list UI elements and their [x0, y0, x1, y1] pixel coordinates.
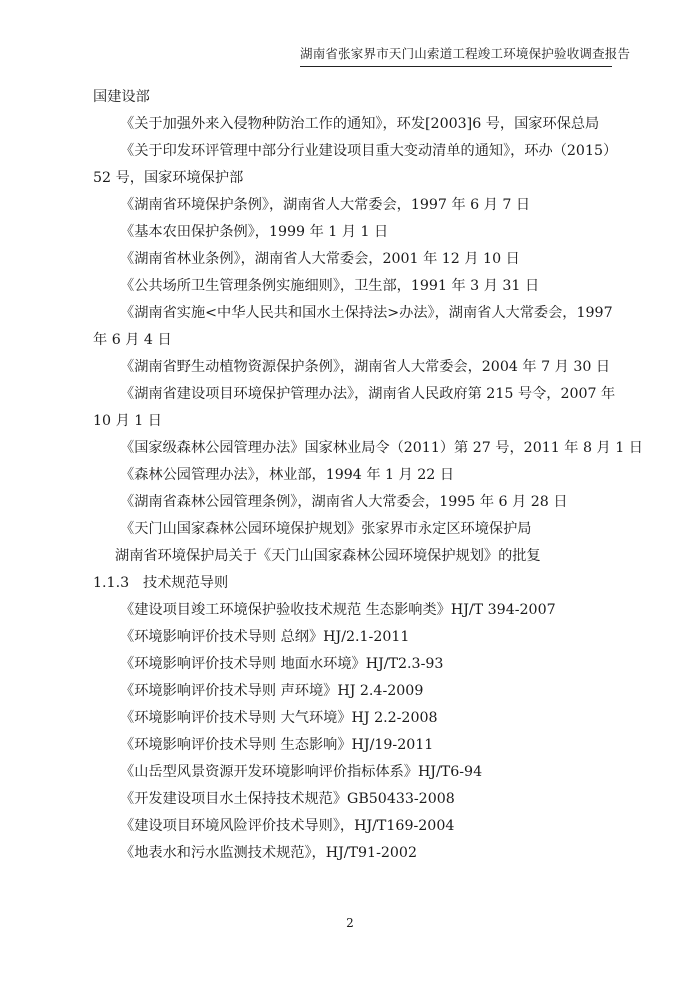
standard-item: 《环境影响评价技术导则 地面水环境》HJ/T2.3-93	[93, 651, 613, 678]
text-line: 《公共场所卫生管理条例实施细则》，卫生部，1991 年 3 月 31 日	[93, 273, 613, 300]
text-line: 《森林公园管理办法》，林业部，1994 年 1 月 22 日	[93, 462, 613, 489]
text-line: 《湖南省建设项目环境保护管理办法》，湖南省人民政府第 215 号令，2007 年	[93, 381, 613, 408]
standard-item: 《山岳型风景资源开发环境影响评价指标体系》HJ/T6-94	[93, 759, 613, 786]
text-line: 湖南省环境保护局关于《天门山国家森林公园环境保护规划》的批复	[93, 543, 613, 570]
standard-item: 《开发建设项目水土保持技术规范》GB50433-2008	[93, 786, 613, 813]
standard-item: 《建设项目环境风险评价技术导则》，HJ/T169-2004	[93, 813, 613, 840]
document-body: 国建设部 《关于加强外来入侵物种防治工作的通知》，环发[2003]6 号，国家环…	[93, 84, 613, 867]
text-line: 年 6 月 4 日	[93, 327, 613, 354]
text-line: 10 月 1 日	[93, 408, 613, 435]
section-title: 技术规范导则	[143, 570, 228, 597]
text-line: 《国家级森林公园管理办法》国家林业局令（2011）第 27 号，2011 年 8…	[93, 435, 613, 462]
text-line: 《湖南省环境保护条例》，湖南省人大常委会，1997 年 6 月 7 日	[93, 192, 613, 219]
text-line: 《关于加强外来入侵物种防治工作的通知》，环发[2003]6 号，国家环保总局	[93, 111, 613, 138]
section-heading: 1.1.3 技术规范导则	[93, 570, 613, 597]
page-number: 2	[0, 916, 700, 930]
standard-item: 《建设项目竣工环境保护验收技术规范 生态影响类》HJ/T 394-2007	[93, 597, 613, 624]
standard-item: 《环境影响评价技术导则 大气环境》HJ 2.2-2008	[93, 705, 613, 732]
text-line: 《基本农田保护条例》，1999 年 1 月 1 日	[93, 219, 613, 246]
section-number: 1.1.3	[93, 570, 143, 597]
standard-item: 《环境影响评价技术导则 生态影响》HJ/19-2011	[93, 732, 613, 759]
text-line: 《湖南省森林公园管理条例》，湖南省人大常委会，1995 年 6 月 28 日	[93, 489, 613, 516]
running-header: 湖南省张家界市天门山索道工程竣工环境保护验收调查报告	[300, 44, 612, 67]
text-line: 52 号，国家环境保护部	[93, 165, 613, 192]
text-line: 《湖南省实施<中华人民共和国水土保持法>办法》，湖南省人大常委会，1997	[93, 300, 613, 327]
text-line: 《湖南省野生动植物资源保护条例》，湖南省人大常委会，2004 年 7 月 30 …	[93, 354, 613, 381]
text-line: 《天门山国家森林公园环境保护规划》张家界市永定区环境保护局	[93, 516, 613, 543]
standard-item: 《环境影响评价技术导则 总纲》HJ/2.1-2011	[93, 624, 613, 651]
text-line: 《关于印发环评管理中部分行业建设项目重大变动清单的通知》，环办（2015）	[93, 138, 613, 165]
standard-item: 《地表水和污水监测技术规范》，HJ/T91-2002	[93, 840, 613, 867]
text-line: 国建设部	[93, 84, 613, 111]
standard-item: 《环境影响评价技术导则 声环境》HJ 2.4-2009	[93, 678, 613, 705]
text-line: 《湖南省林业条例》，湖南省人大常委会，2001 年 12 月 10 日	[93, 246, 613, 273]
